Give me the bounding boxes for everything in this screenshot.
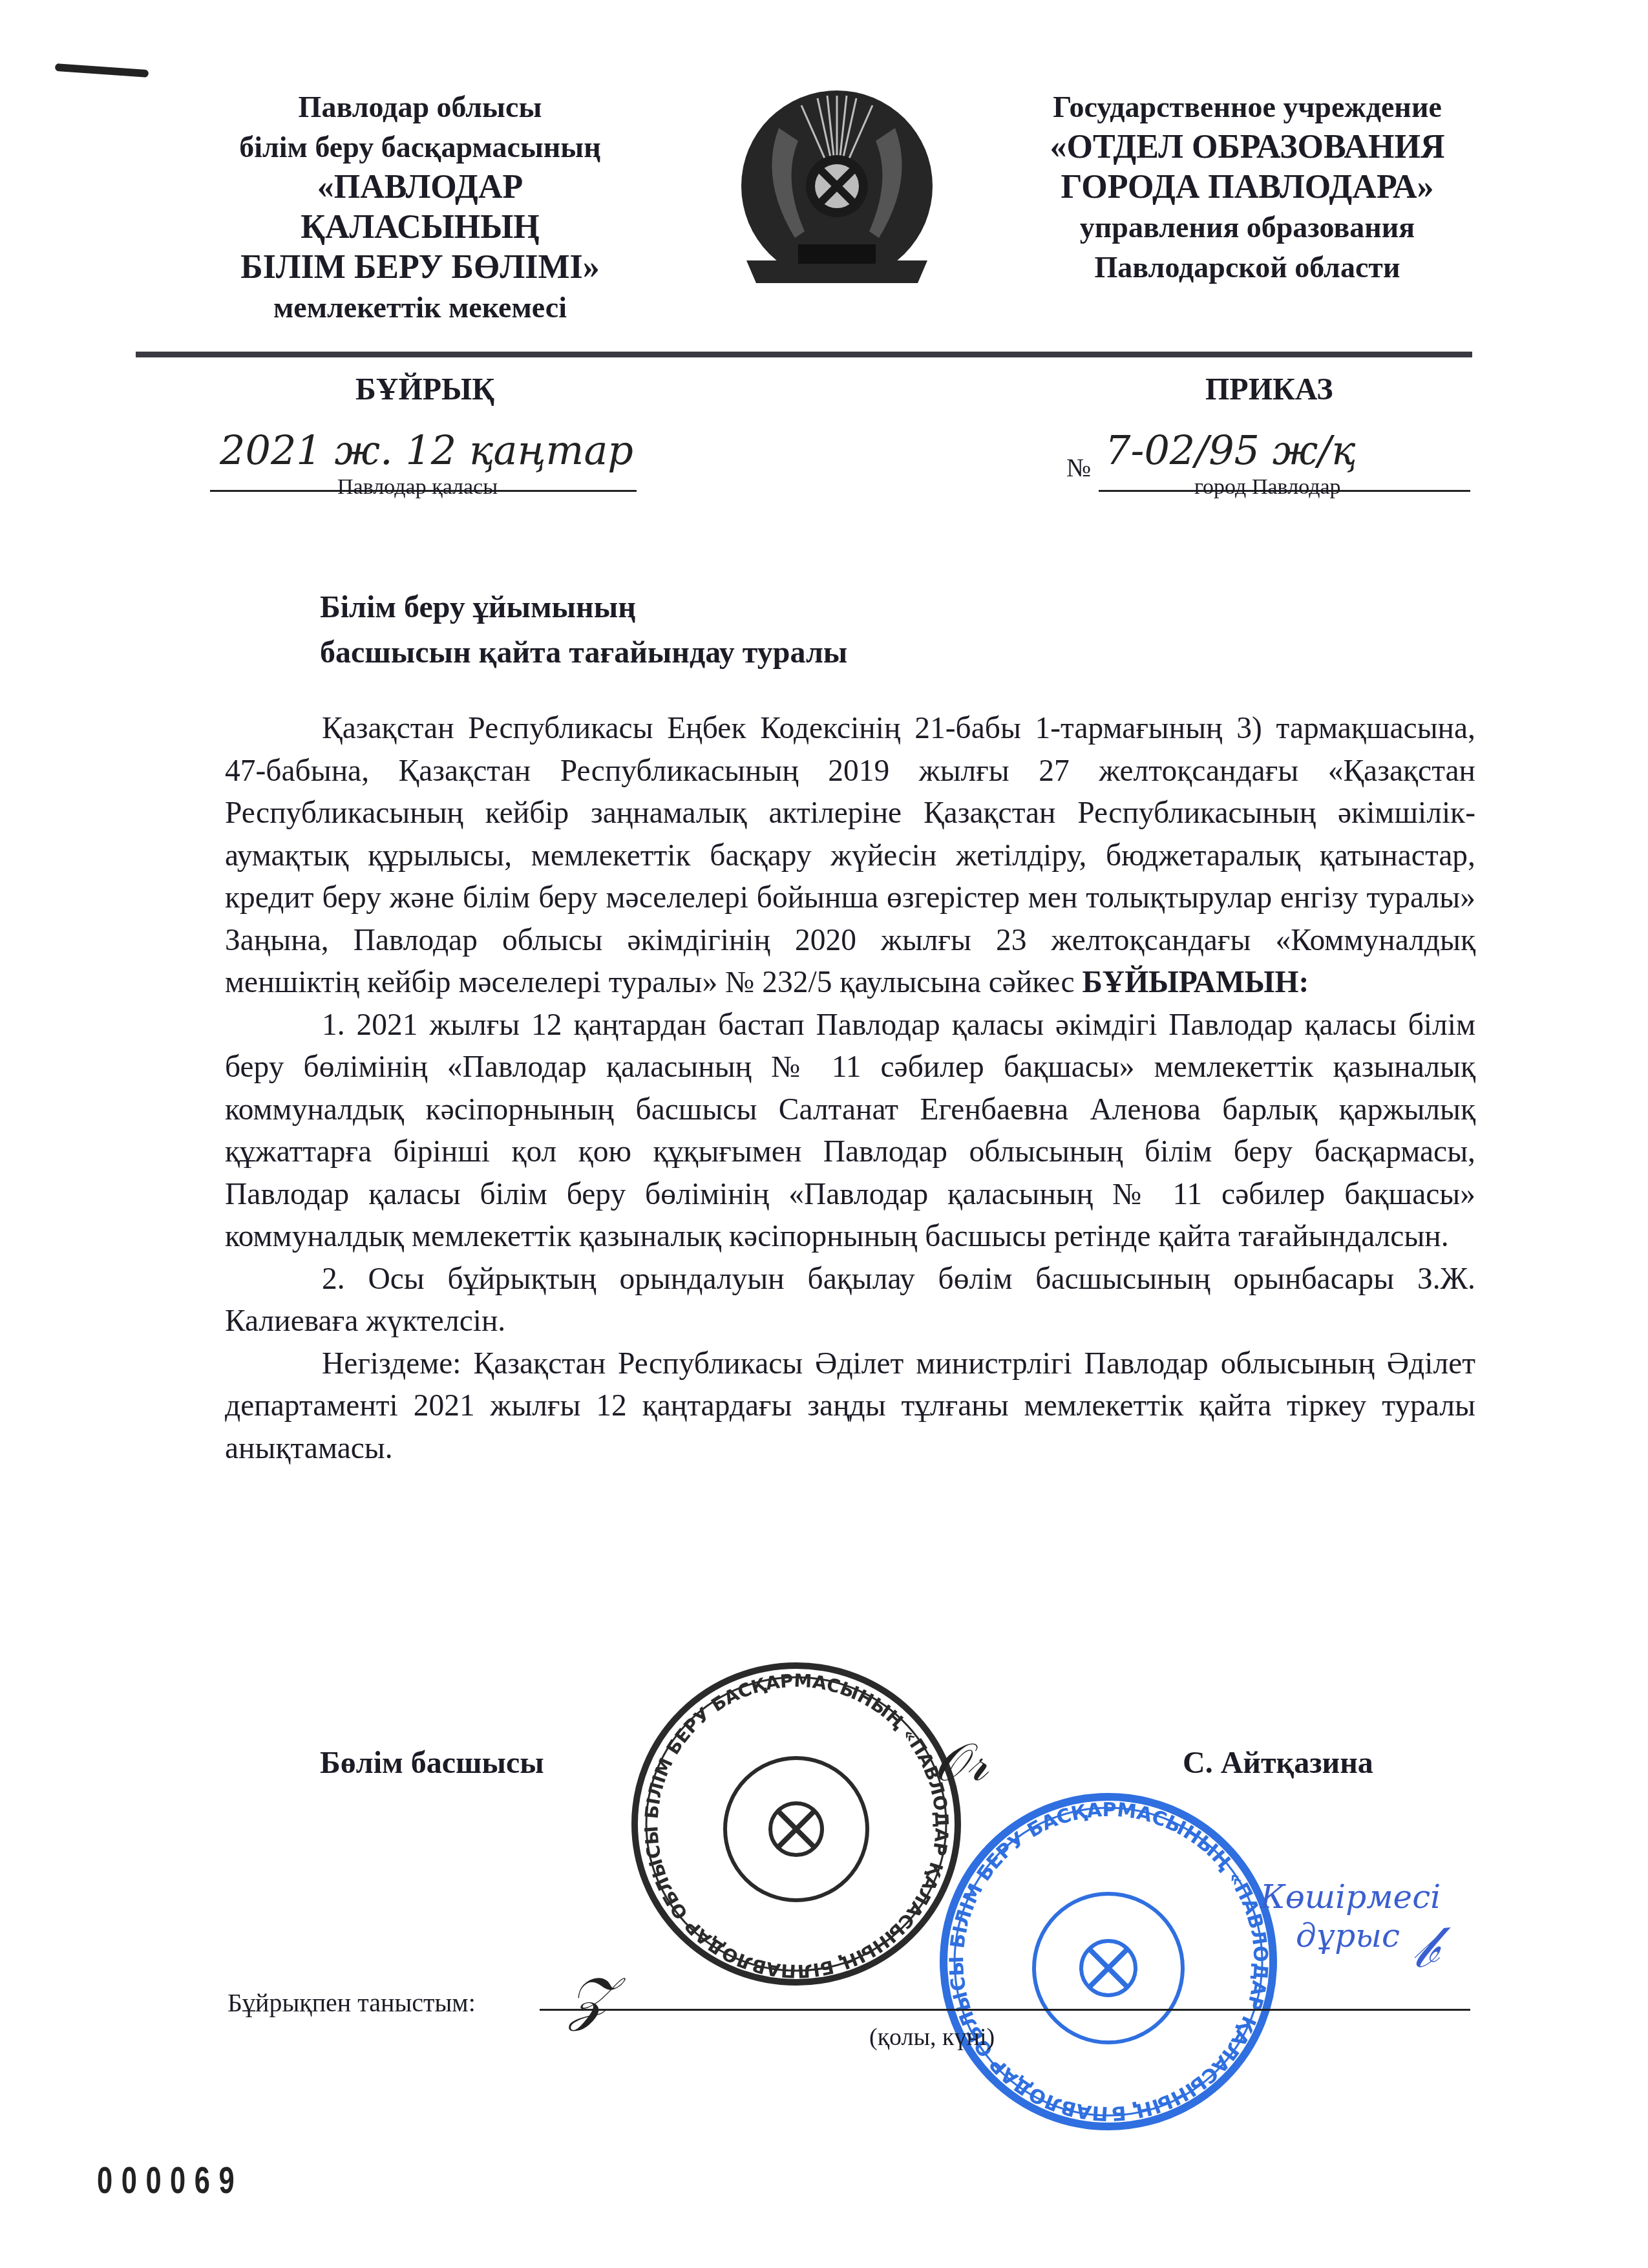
order-word: БҰЙЫРАМЫН: [1082,966,1309,999]
title-line2: басшысын қайта тағайындау туралы [320,630,847,675]
header-divider [136,352,1472,357]
corner-mark [55,63,149,78]
number-sign: № [1066,452,1091,483]
city-ru: город Павлодар [1194,475,1341,500]
header-left-line5: мемлекеттік мекемесі [194,288,646,328]
header-right-ru: Государственное учреждение «ОТДЕЛ ОБРАЗО… [1002,87,1493,288]
header-right-line1: Государственное учреждение [1002,87,1493,127]
order-type-kz: БҰЙРЫҚ [355,372,494,407]
order-date: 2021 ж. 12 қаңтар [220,427,633,474]
header-right-line4: управления образования [1002,207,1493,248]
note-line1: Көшірмесі [1260,1878,1441,1916]
header-left-line1: Павлодар облысы [194,87,646,127]
official-stamp-black: ПАВЛОДАР ОБЛЫСЫ БІЛІМ БЕРУ БАСҚАРМАСЫНЫҢ… [630,1661,963,1987]
acknowledgement-signature-mark: 𝒵 [569,1965,613,2033]
header-left-line4: БІЛІМ БЕРУ БӨЛІМІ» [194,248,646,288]
item-1: 1. 2021 жылғы 12 қаңтардан бастап Павлод… [225,1004,1475,1258]
acknowledgement-line [540,2009,1470,2011]
acknowledgement-hint: (қолы, күні) [869,2023,995,2051]
document-body: Қазақстан Республикасы Еңбек Кодексінің … [225,708,1475,1470]
header-left-line3: «ПАВЛОДАР ҚАЛАСЫНЫҢ [194,167,646,248]
order-number: 7-02/95 ж/қ [1105,427,1356,474]
header-left-kz: Павлодар облысы білім беру басқармасының… [194,87,646,328]
state-emblem-icon [734,89,940,296]
preamble-paragraph: Қазақстан Республикасы Еңбек Кодексінің … [225,708,1475,1004]
signatory-position: Бөлім басшысы [320,1745,544,1781]
header-left-line2: білім беру басқармасының [194,127,646,167]
city-kz: Павлодар қаласы [337,475,498,500]
title-line1: Білім беру ұйымының [320,585,847,630]
item-2: 2. Осы бұйрықтың орындалуын бақылау бөлі… [225,1258,1475,1343]
document-title: Білім беру ұйымының басшысын қайта тағай… [320,585,847,675]
official-stamp-blue: ПАВЛОДАР ОБЛЫСЫ БІЛІМ БЕРУ БАСҚАРМАСЫНЫҢ… [937,1790,1280,2133]
order-type-ru: ПРИКАЗ [1205,372,1333,407]
signature-mark: 𝒪𝓇 [934,1732,988,1793]
header-right-line5: Павлодарской области [1002,248,1493,288]
basis-paragraph: Негіздеме: Қазақстан Республикасы Әділет… [225,1343,1475,1470]
header-right-line3: ГОРОДА ПАВЛОДАРА» [1002,167,1493,207]
preamble-text: Қазақстан Республикасы Еңбек Кодексінің … [225,712,1475,999]
header-right-line2: «ОТДЕЛ ОБРАЗОВАНИЯ [1002,127,1493,167]
signatory-name: С. Айтқазина [1183,1745,1373,1781]
certifier-signature-mark: 𝒷 [1412,1913,1437,1982]
serial-number: 000069 [97,2159,243,2202]
acknowledgement-label: Бұйрықпен таныстым: [227,1987,476,2018]
